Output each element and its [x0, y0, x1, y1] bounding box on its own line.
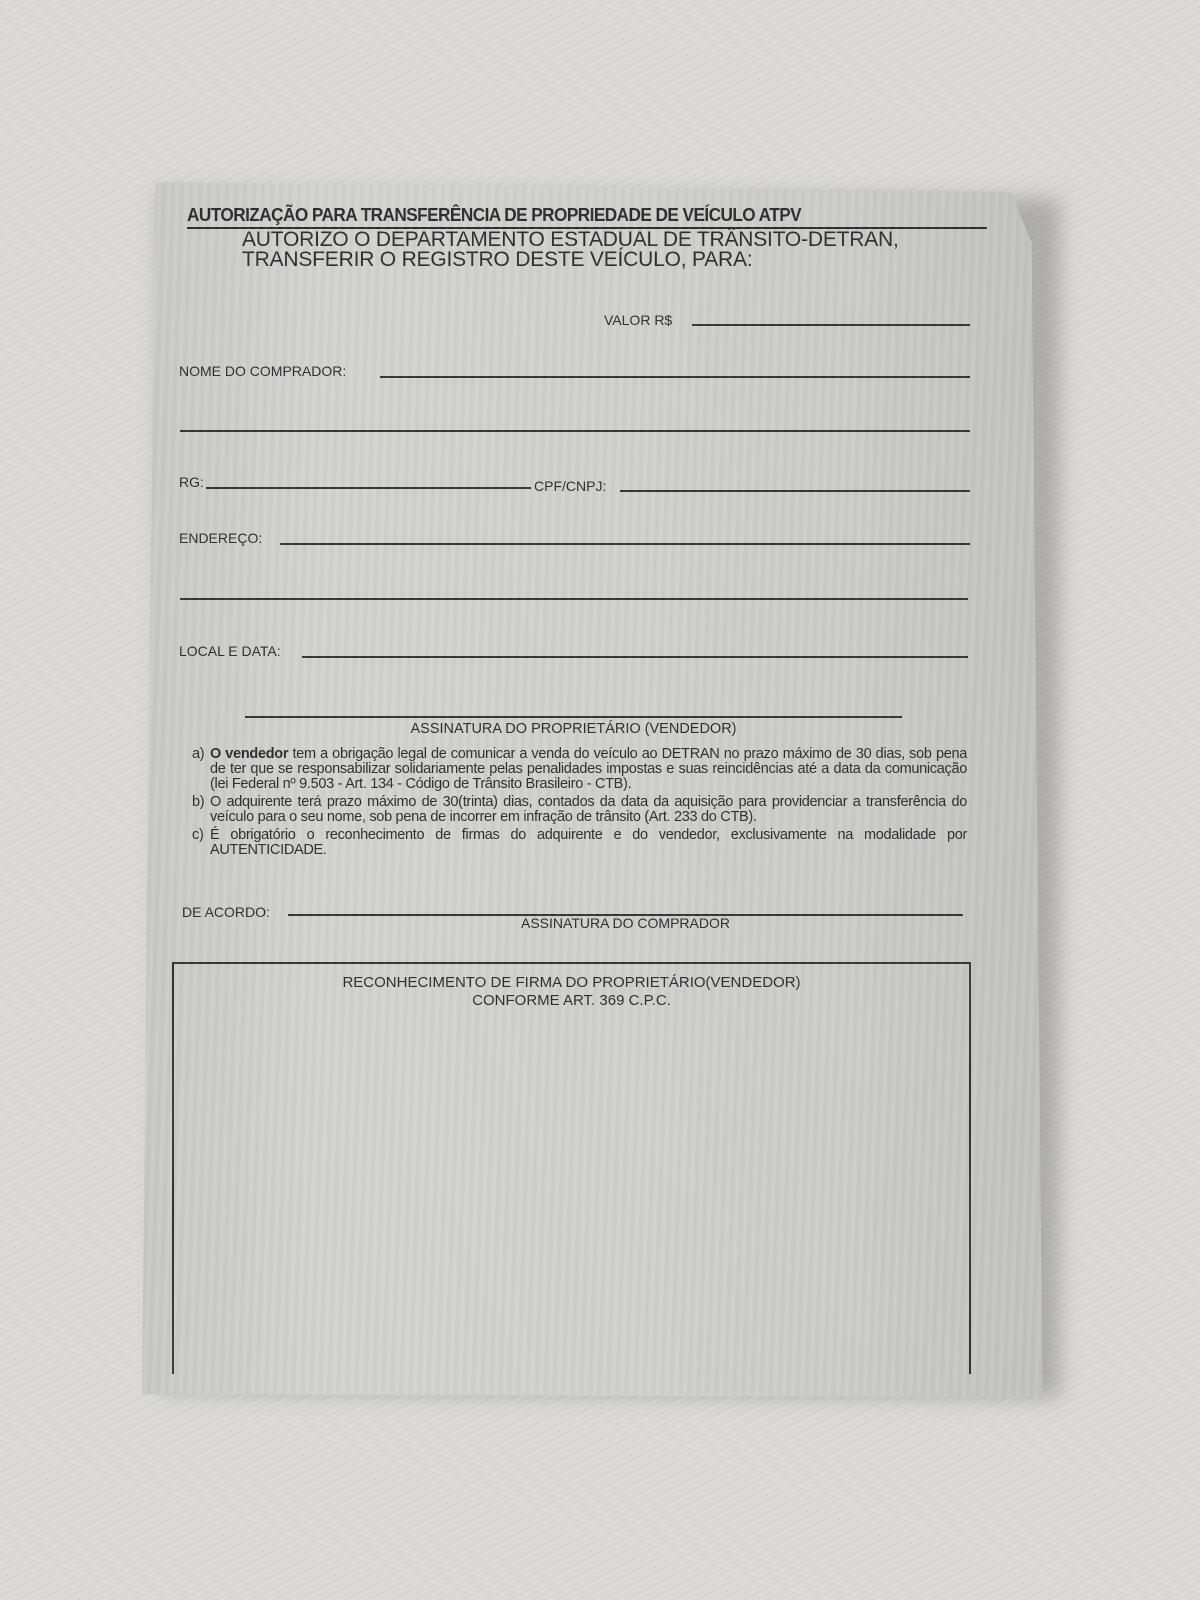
- de-acordo-label: DE ACORDO:: [182, 904, 270, 920]
- nome-comprador-field-line-2[interactable]: [180, 430, 970, 432]
- nome-comprador-label: NOME DO COMPRADOR:: [179, 363, 346, 379]
- atpv-form-paper: AUTORIZAÇÃO PARA TRANSFERÊNCIA DE PROPRI…: [142, 182, 1047, 1397]
- authorization-line-1: AUTORIZO O DEPARTAMENTO ESTADUAL DE TRÂN…: [242, 230, 899, 250]
- legal-notes: a) O vendedor tem a obrigação legal de c…: [192, 747, 967, 861]
- note-text: O adquirente terá prazo máximo de 30(tri…: [210, 795, 967, 825]
- seller-signature-line[interactable]: [245, 716, 902, 718]
- endereco-label: ENDEREÇO:: [179, 530, 262, 546]
- endereco-field[interactable]: [280, 543, 970, 545]
- note-b: b) O adquirente terá prazo máximo de 30(…: [192, 795, 967, 825]
- notary-box-title: RECONHECIMENTO DE FIRMA DO PROPRIETÁRIO(…: [174, 974, 969, 1010]
- note-key: a): [192, 747, 210, 792]
- authorization-text: AUTORIZO O DEPARTAMENTO ESTADUAL DE TRÂN…: [242, 230, 899, 270]
- valor-label: VALOR R$: [604, 312, 672, 328]
- perforation-mark: [992, 186, 1010, 188]
- rg-label: RG:: [179, 474, 204, 490]
- note-body: tem a obrigação legal de comunicar a ven…: [210, 746, 967, 792]
- notary-title-line-1: RECONHECIMENTO DE FIRMA DO PROPRIETÁRIO(…: [174, 974, 969, 992]
- notary-title-line-2: CONFORME ART. 369 C.P.C.: [174, 992, 969, 1010]
- note-c: c) É obrigatório o reconhecimento de fir…: [192, 828, 967, 858]
- buyer-signature-line[interactable]: [288, 914, 963, 916]
- cpf-cnpj-label: CPF/CNPJ:: [534, 478, 606, 494]
- notary-recognition-box[interactable]: RECONHECIMENTO DE FIRMA DO PROPRIETÁRIO(…: [172, 962, 971, 1374]
- authorization-line-2: TRANSFERIR O REGISTRO DESTE VEÍCULO, PAR…: [242, 250, 899, 270]
- perforation-mark: [967, 186, 985, 188]
- note-key: c): [192, 828, 210, 858]
- note-key: b): [192, 795, 210, 825]
- endereco-field-line-2[interactable]: [180, 598, 968, 600]
- note-bold-prefix: O vendedor: [210, 746, 288, 762]
- title-rule: [187, 227, 987, 229]
- local-data-field[interactable]: [302, 656, 968, 658]
- nome-comprador-field[interactable]: [380, 376, 970, 378]
- cpf-cnpj-field[interactable]: [620, 490, 970, 492]
- note-a: a) O vendedor tem a obrigação legal de c…: [192, 747, 967, 792]
- form-title: AUTORIZAÇÃO PARA TRANSFERÊNCIA DE PROPRI…: [187, 204, 801, 226]
- note-text: É obrigatório o reconhecimento de firmas…: [210, 828, 967, 858]
- buyer-signature-label: ASSINATURA DO COMPRADOR: [288, 915, 963, 931]
- seller-signature-label: ASSINATURA DO PROPRIETÁRIO (VENDEDOR): [245, 721, 902, 737]
- valor-field[interactable]: [692, 324, 970, 326]
- rg-field[interactable]: [206, 487, 531, 489]
- note-text: O vendedor tem a obrigação legal de comu…: [210, 747, 967, 792]
- local-data-label: LOCAL E DATA:: [179, 643, 281, 659]
